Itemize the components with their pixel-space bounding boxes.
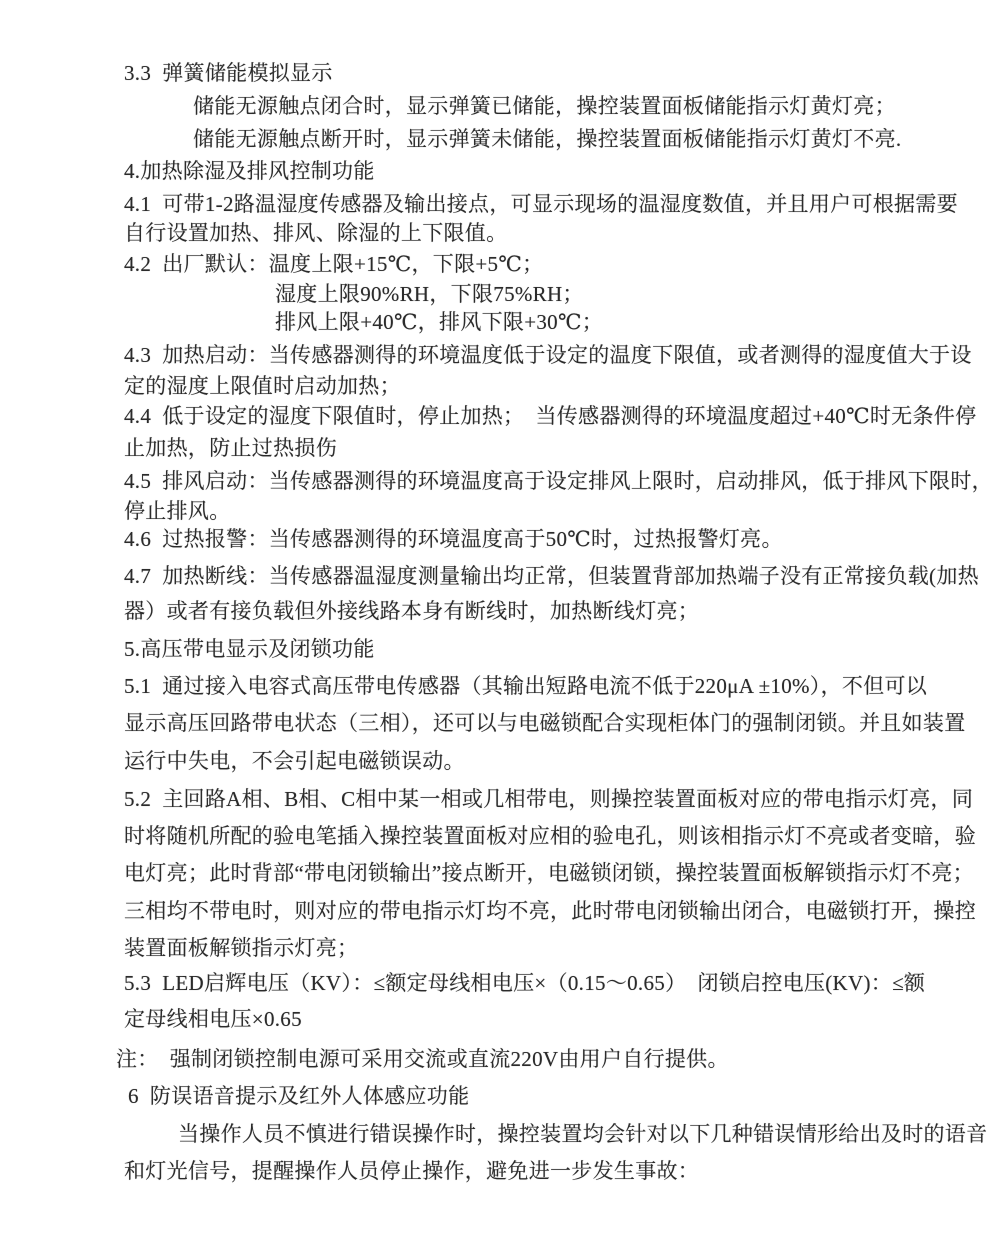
text-line: 4.2 出厂默认：温度上限+15℃，下限+5℃； <box>124 253 543 276</box>
text-line: 装置面板解锁指示灯亮； <box>124 937 358 960</box>
text-line: 4.4 低于设定的湿度下限值时，停止加热； 当传感器测得的环境温度超过+40℃时… <box>124 405 976 428</box>
text-line: 运行中失电，不会引起电磁锁误动。 <box>124 750 465 773</box>
text-line: 储能无源触点断开时，显示弹簧未储能，操控装置面板储能指示灯黄灯不亮. <box>193 128 901 151</box>
text-line: 4.3 加热启动：当传感器测得的环境温度低于设定的温度下限值，或者测得的湿度值大… <box>124 344 972 367</box>
text-line: 定的湿度上限值时启动加热； <box>124 375 401 398</box>
text-line: 三相均不带电时，则对应的带电指示灯均不亮，此时带电闭锁输出闭合，电磁锁打开，操控 <box>124 900 976 923</box>
text-line: 5.3 LED启辉电压（KV）：≤额定母线相电压×（0.15～0.65） 闭锁启… <box>124 972 925 995</box>
text-line: 定母线相电压×0.65 <box>124 1008 302 1031</box>
text-line: 6 防误语音提示及红外人体感应功能 <box>128 1085 469 1108</box>
text-line: 储能无源触点闭合时，显示弹簧已储能，操控装置面板储能指示灯黄灯亮； <box>193 95 896 118</box>
text-line: 排风上限+40℃，排风下限+30℃； <box>275 311 603 334</box>
text-line: 4.1 可带1-2路温湿度传感器及输出接点，可显示现场的温湿度数值，并且用户可根… <box>124 193 958 216</box>
text-line: 器）或者有接负载但外接线路本身有断线时，加热断线灯亮； <box>124 600 699 623</box>
text-line: 自行设置加热、排风、除湿的上下限值。 <box>124 222 507 245</box>
text-line: 时将随机所配的验电笔插入操控装置面板对应相的验电孔，则该相指示灯不亮或者变暗，验 <box>124 825 976 848</box>
document-page: 3.3 弹簧储能模拟显示储能无源触点闭合时，显示弹簧已储能，操控装置面板储能指示… <box>0 0 1000 1243</box>
text-line: 4.5 排风启动：当传感器测得的环境温度高于设定排风上限时，启动排风，低于排风下… <box>124 470 993 493</box>
text-line: 4.加热除湿及排风控制功能 <box>124 160 375 183</box>
text-line: 当操作人员不慎进行错误操作时，操控装置均会针对以下几种错误情形给出及时的语音 <box>178 1123 987 1146</box>
text-line: 湿度上限90%RH，下限75%RH； <box>275 283 584 306</box>
text-line: 止加热，防止过热损伤 <box>124 437 337 460</box>
text-line: 和灯光信号，提醒操作人员停止操作，避免进一步发生事故： <box>124 1160 699 1183</box>
text-line: 电灯亮；此时背部“带电闭锁输出”接点断开，电磁锁闭锁，操控装置面板解锁指示灯不亮… <box>124 862 974 885</box>
text-line: 注： 强制闭锁控制电源可采用交流或直流220V由用户自行提供。 <box>116 1048 729 1071</box>
text-line: 3.3 弹簧储能模拟显示 <box>124 62 333 85</box>
text-line: 4.6 过热报警：当传感器测得的环境温度高于50℃时，过热报警灯亮。 <box>124 528 783 551</box>
text-line: 4.7 加热断线：当传感器温湿度测量输出均正常，但装置背部加热端子没有正常接负载… <box>124 565 979 588</box>
text-line: 5.1 通过接入电容式高压带电传感器（其输出短路电流不低于220μA ±10%）… <box>124 675 927 698</box>
text-line: 显示高压回路带电状态（三相），还可以与电磁锁配合实现柜体门的强制闭锁。并且如装置 <box>124 712 966 735</box>
text-line: 停止排风。 <box>124 500 231 523</box>
text-line: 5.高压带电显示及闭锁功能 <box>124 638 375 661</box>
text-line: 5.2 主回路A相、B相、C相中某一相或几相带电，则操控装置面板对应的带电指示灯… <box>124 788 973 811</box>
